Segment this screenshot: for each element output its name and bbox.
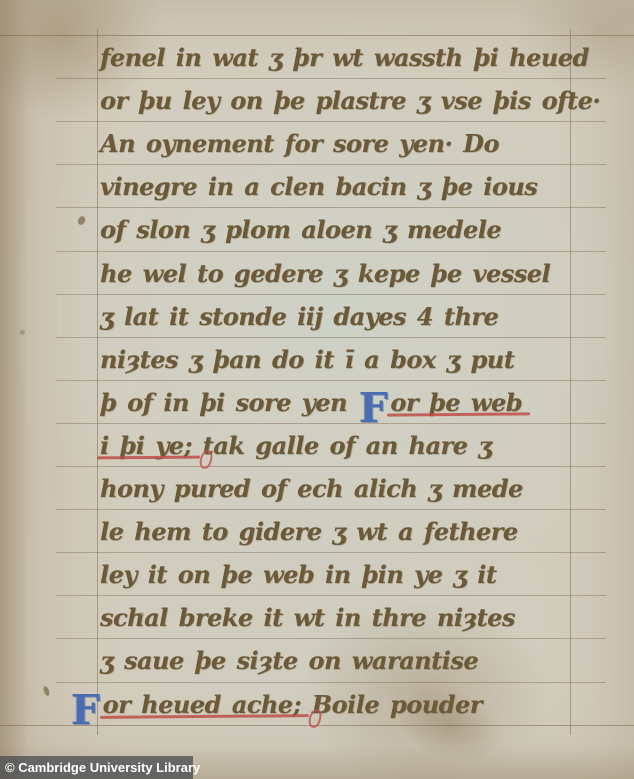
manuscript-text-line: vinegre in a clen bacin ʒ þe ious [100, 166, 620, 209]
manuscript-text-line: fenel in wat ʒ þr wt wassth þi heued [100, 37, 620, 80]
manuscript-text-line: le hem to gidere ʒ wt a fethere [100, 511, 620, 554]
ink-text: ley it on þe web in þin ye ʒ it [100, 560, 496, 589]
manuscript-text-line: hony pured of ech alich ʒ mede [100, 468, 620, 511]
manuscript-text-line: ley it on þe web in þin ye ʒ it [100, 554, 620, 597]
manuscript-text-line: þ of in þi sore yen For þe web [100, 382, 620, 425]
manuscript-text-line: niȝtes ʒ þan do it ī a box ʒ put [100, 339, 620, 382]
ink-text: ʒ saue þe siȝte on warantise [100, 646, 478, 675]
manuscript-text-line: An oynement for sore yen· Do [100, 123, 620, 166]
ink-text: vinegre in a clen bacin ʒ þe ious [100, 172, 537, 201]
ruled-line [0, 35, 634, 36]
ink-fleck [76, 215, 86, 226]
ink-fleck [20, 330, 25, 335]
manuscript-page-photo: fenel in wat ʒ þr wt wassth þi heuedor þ… [0, 0, 634, 779]
manuscript-text: fenel in wat ʒ þr wt wassth þi heuedor þ… [100, 37, 620, 779]
ink-text: ʒ lat it stonde iij dayes 4 thre [100, 302, 498, 331]
ink-text: niȝtes ʒ þan do it ī a box ʒ put [100, 345, 514, 374]
ink-text: hony pured of ech alich ʒ mede [100, 474, 523, 503]
illuminated-initial: F [71, 695, 100, 725]
illuminated-initial: F [359, 393, 388, 423]
manuscript-text-line: he wel to gedere ʒ kepe þe vessel [100, 253, 620, 296]
rubricated-text: or heued ache; [103, 690, 301, 719]
margin-rule-left [97, 29, 98, 735]
page-edge-shading [0, 0, 28, 779]
ink-fleck [42, 685, 50, 696]
ink-text: An oynement for sore yen· Do [100, 129, 499, 158]
copyright-caption: © Cambridge University Library [0, 756, 193, 779]
rubricated-text: i þi ye; [100, 431, 192, 460]
ink-text: tak galle of an hare ʒ [192, 431, 492, 460]
manuscript-text-line: schal breke it wt in thre niȝtes [100, 597, 620, 640]
rubricated-text: or þe web [390, 388, 522, 417]
manuscript-text-line: For heued ache; Boile pouder [70, 684, 620, 727]
manuscript-text-line: i þi ye; tak galle of an hare ʒ [100, 425, 620, 468]
manuscript-text-line: ʒ lat it stonde iij dayes 4 thre [100, 296, 620, 339]
ink-text: he wel to gedere ʒ kepe þe vessel [100, 259, 550, 288]
ink-text: or þu ley on þe plastre ʒ vse þis ofte· [100, 86, 600, 115]
manuscript-text-line: or þu ley on þe plastre ʒ vse þis ofte· [100, 80, 620, 123]
ink-text: fenel in wat ʒ þr wt wassth þi heued [100, 43, 589, 72]
ink-text: schal breke it wt in thre niȝtes [100, 603, 515, 632]
ink-text: þ of in þi sore yen [100, 388, 358, 417]
ink-text: Boile pouder [301, 690, 482, 719]
ink-text: of slon ʒ plom aloen ʒ medele [100, 215, 501, 244]
copyright-caption-text: © Cambridge University Library [5, 760, 200, 775]
manuscript-text-line: ʒ saue þe siȝte on warantise [100, 640, 620, 683]
manuscript-text-line: of slon ʒ plom aloen ʒ medele [100, 209, 620, 252]
ink-text: le hem to gidere ʒ wt a fethere [100, 517, 518, 546]
